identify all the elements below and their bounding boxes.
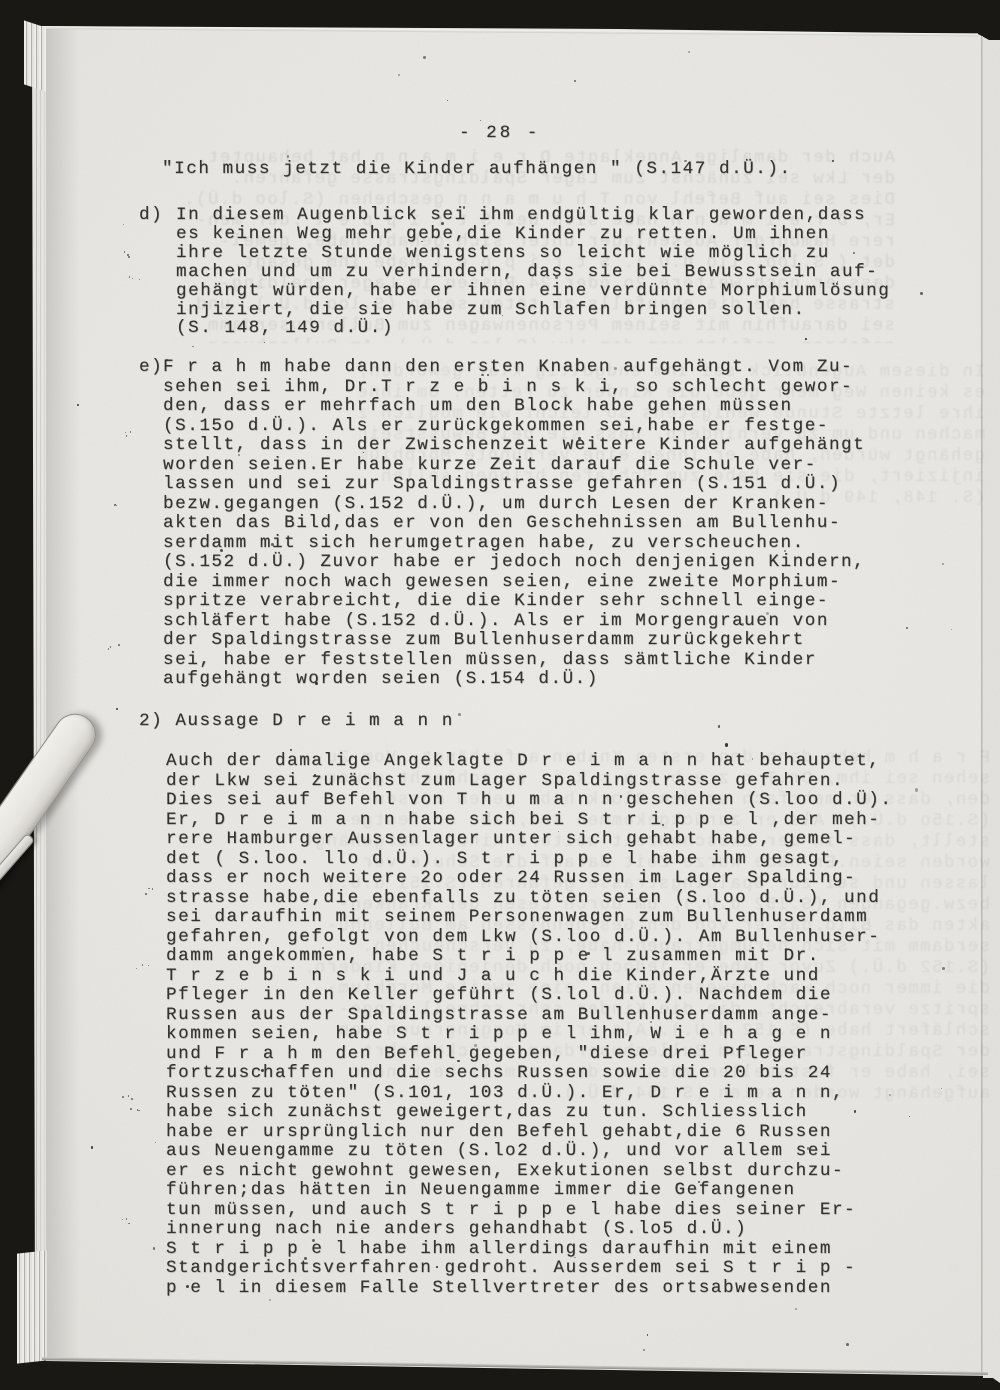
scan-speckle — [510, 820, 512, 822]
scan-speckle — [457, 1060, 459, 1062]
quote-line: "Ich muss jetzt die Kinder aufhängen " (… — [162, 160, 792, 179]
scan-speckle — [664, 833, 665, 834]
scan-speckle — [593, 518, 596, 521]
scan-speckle — [293, 1166, 296, 1169]
scan-speckle — [131, 1098, 133, 1100]
scan-speckle — [77, 404, 79, 406]
scan-speckle — [128, 256, 130, 258]
scan-speckle — [315, 682, 318, 685]
section-d-label: d) — [139, 206, 163, 225]
scan-speckle — [421, 241, 422, 242]
scan-speckle — [638, 1169, 640, 1171]
scan-speckle — [126, 435, 128, 437]
scan-speckle — [129, 276, 131, 278]
scan-speckle — [398, 74, 400, 76]
scan-speckle — [799, 276, 801, 278]
scan-speckle — [118, 644, 120, 646]
page-stack-edge-line — [44, 27, 45, 1359]
scan-speckle — [220, 549, 223, 552]
section-e-label: e) — [139, 358, 163, 378]
scan-speckle — [662, 824, 664, 826]
scan-speckle — [650, 1021, 652, 1023]
scan-speckle — [126, 1218, 128, 1220]
scan-speckle — [643, 1349, 645, 1351]
scan-speckle — [152, 888, 154, 890]
scan-speckle — [138, 1110, 140, 1112]
scan-speckle — [568, 938, 569, 939]
scan-speckle — [186, 1285, 189, 1288]
section-e-text: F r a h m habe dann den ersten Knaben au… — [163, 358, 865, 690]
section-d-text: In diesem Augenblick sei ihm endgültig k… — [176, 206, 890, 338]
scan-speckle — [290, 749, 292, 751]
scan-speckle — [127, 254, 129, 256]
scan-speckle — [752, 758, 753, 759]
scan-speckle — [555, 276, 557, 278]
scan-speckle — [145, 893, 147, 895]
page-stack-corner-bottom-left — [17, 1250, 47, 1363]
scan-speckle — [574, 1257, 575, 1258]
scan-speckle — [578, 437, 580, 439]
scan-speckle — [436, 1266, 438, 1268]
scan-speckle — [458, 713, 461, 716]
scan-speckle — [423, 56, 425, 58]
scan-speckle — [942, 967, 945, 970]
page-number: - 28 - — [459, 123, 540, 143]
scan-speckle — [130, 1108, 132, 1110]
scan-speckle — [854, 1110, 857, 1113]
scan-speckle — [614, 367, 617, 370]
scan-speckle — [481, 374, 484, 377]
scan-speckle — [441, 222, 444, 225]
page-left-shading — [46, 26, 80, 1361]
scan-speckle — [574, 80, 576, 82]
scan-speckle — [766, 612, 769, 615]
scan-speckle — [915, 788, 918, 791]
scan-speckle — [312, 1239, 315, 1242]
page-stack-edge-line — [40, 28, 41, 1358]
page-stack-edge-line — [36, 30, 37, 1356]
underlying-page-sliver — [983, 40, 1000, 1378]
scan-speckle — [306, 1092, 309, 1095]
scan-speckle — [192, 346, 193, 347]
scan-background: Auch der damalige Angeklagte D r e i m a… — [0, 0, 1000, 1390]
scan-speckle — [558, 831, 560, 833]
scan-speckle — [130, 431, 132, 433]
page-stack-corner-top-left — [24, 20, 46, 91]
scan-speckle — [784, 550, 785, 551]
scan-speckle — [688, 51, 690, 53]
section-2-heading: 2) Aussage D r e i m a n n — [139, 711, 454, 731]
section-2-text: Auch der damalige Angeklagte D r e i m a… — [166, 752, 892, 1298]
scan-speckle — [725, 743, 728, 746]
scan-speckle — [474, 1044, 477, 1047]
scan-speckle — [718, 725, 721, 728]
scan-speckle — [587, 952, 590, 955]
